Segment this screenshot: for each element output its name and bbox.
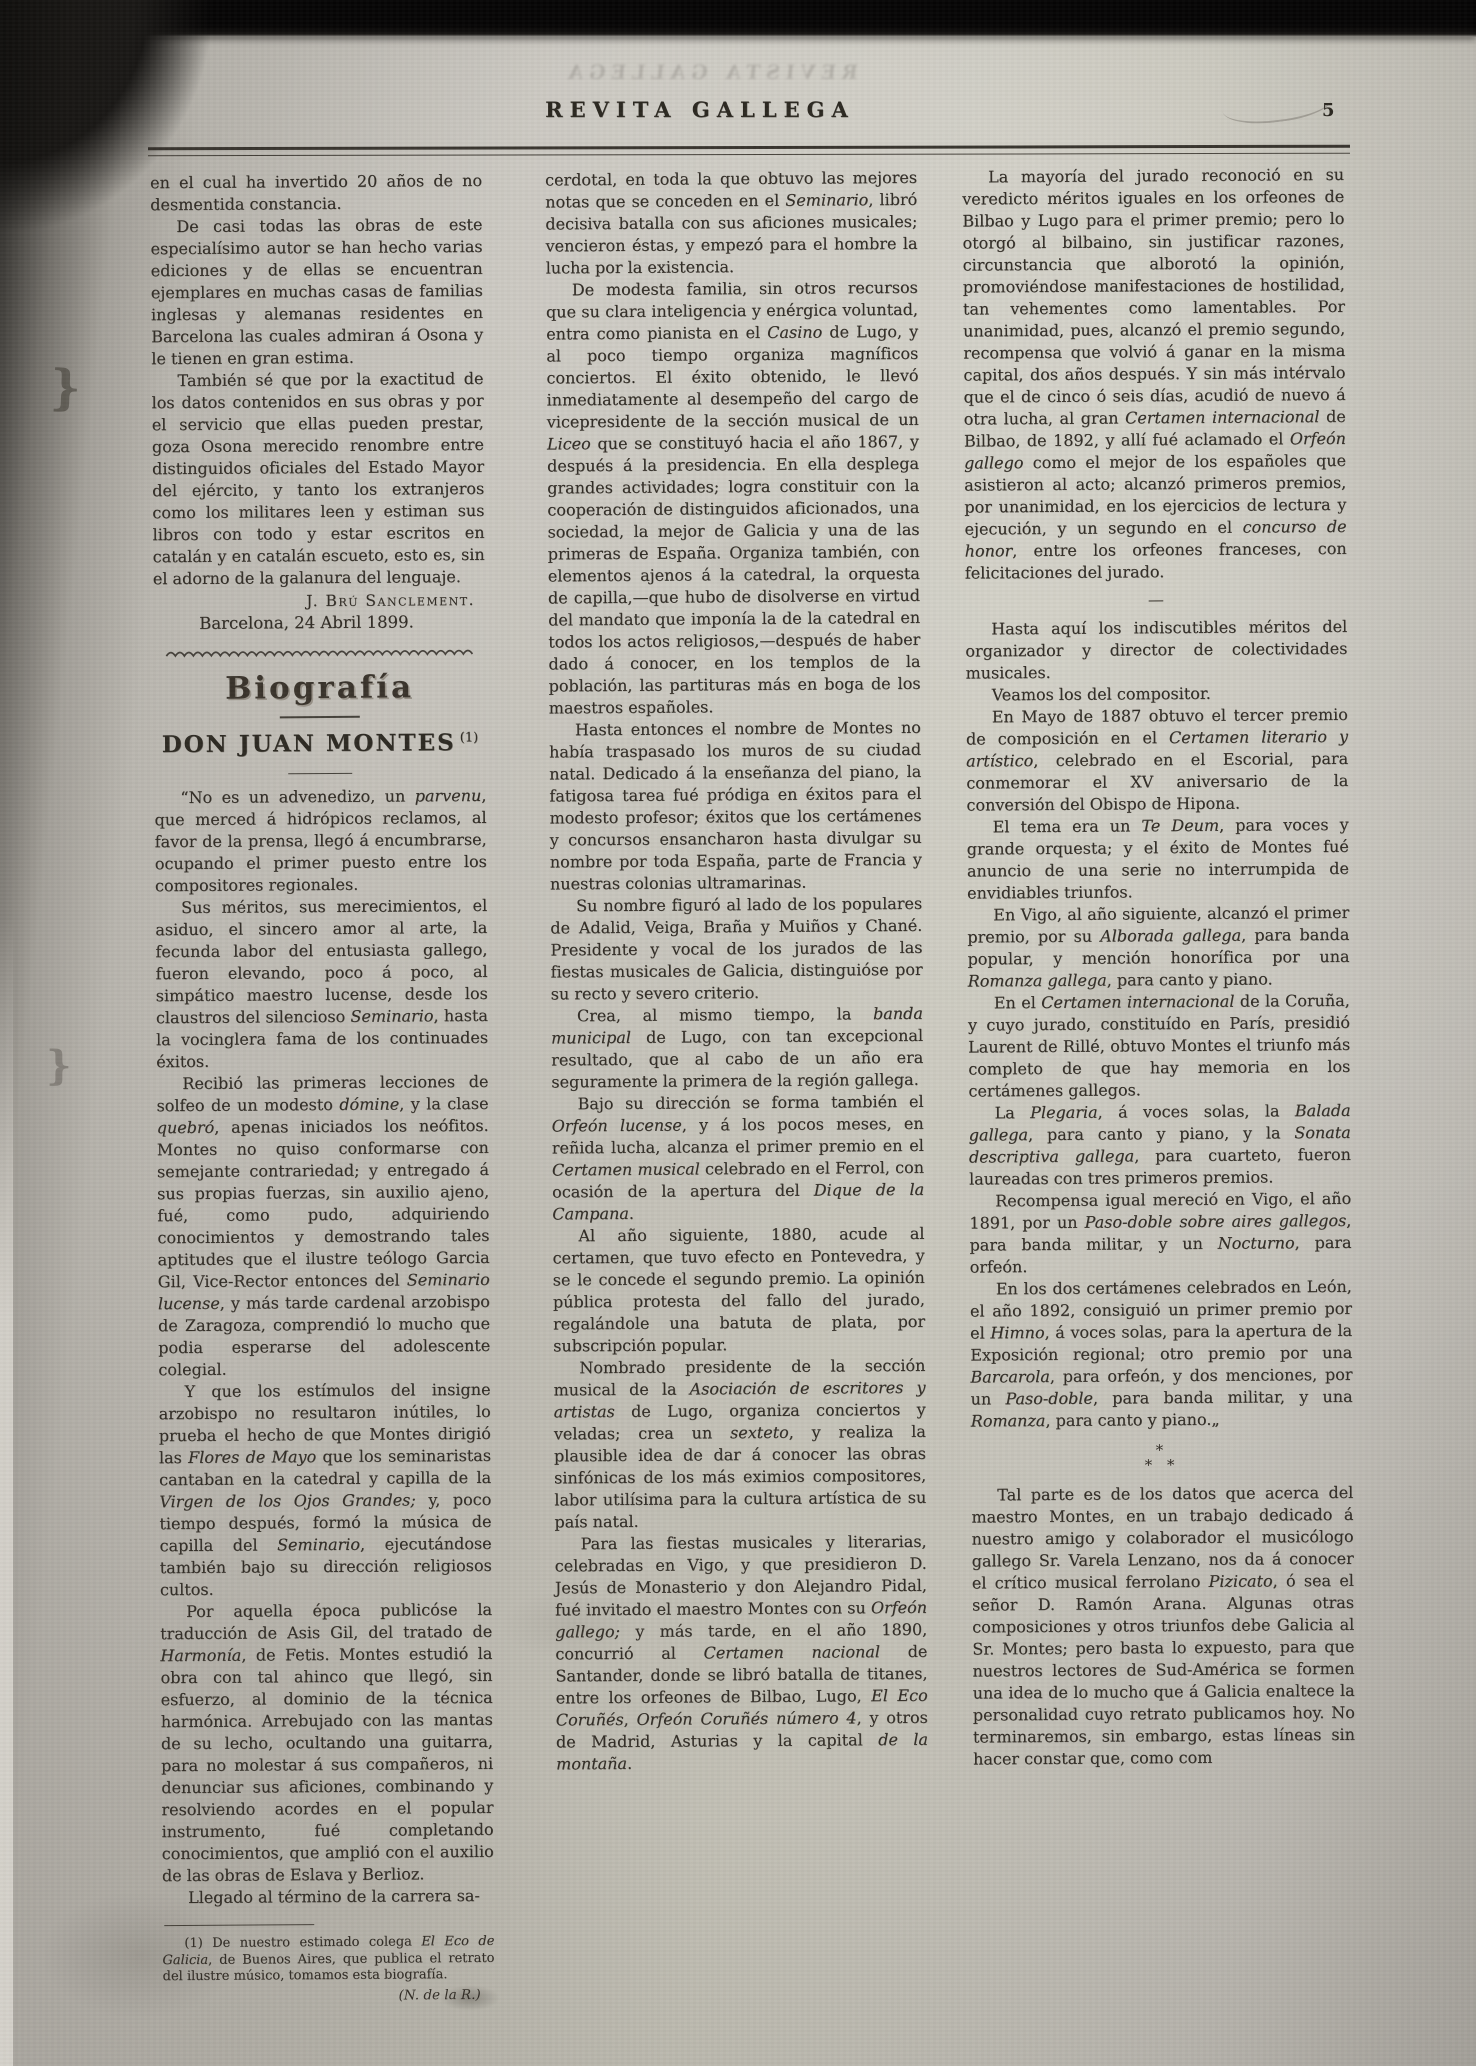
italic-text: Barcarola bbox=[970, 1367, 1050, 1387]
body-text: , de Fetis. Montes estudió la obra con t… bbox=[160, 1644, 493, 1885]
paragraph: Hasta entonces el nombre de Montes no ha… bbox=[549, 717, 922, 896]
paragraph: Recompensa igual mereció en Vigo, el año… bbox=[969, 1188, 1352, 1279]
italic-text: Plegaria bbox=[1030, 1103, 1098, 1122]
paragraph: Bajo su dirección se forma también el Or… bbox=[551, 1091, 924, 1226]
body-text: , para canto y piano, y la bbox=[1028, 1123, 1294, 1144]
italic-text: parvenu bbox=[415, 786, 482, 805]
body-text: , bbox=[624, 1710, 637, 1729]
page-edge-highlight bbox=[0, 916, 13, 2066]
body-text: que se constituyó hacia el año 1867, y d… bbox=[547, 432, 921, 718]
body-text: . bbox=[629, 1204, 634, 1223]
asterism-divider: ** * bbox=[971, 1442, 1353, 1475]
footnote-marker: (1) bbox=[456, 730, 479, 745]
body-text: , para canto y piano.„ bbox=[1045, 1410, 1219, 1430]
article-title: DON JUAN MONTES (1) bbox=[154, 729, 486, 758]
paragraph: Veamos los del compositor. bbox=[966, 682, 1348, 707]
paragraph: De modesta familia, sin otros recursos q… bbox=[546, 277, 921, 720]
body-text: Hasta aquí los indiscutibles méritos del… bbox=[965, 617, 1347, 683]
text-columns: en el cual ha invertido 20 años de no de… bbox=[150, 164, 1360, 172]
section-title: Biografía bbox=[153, 669, 485, 707]
body-text: Llegado al término de la carrera sa- bbox=[188, 1886, 480, 1907]
italic-text: Seminario bbox=[277, 1535, 360, 1555]
italic-text: Himno bbox=[990, 1323, 1044, 1342]
body-text: Por aquella época publicóse la traducció… bbox=[160, 1600, 492, 1643]
italic-text: Certamen nacional bbox=[703, 1642, 880, 1662]
column-1: en el cual ha invertido 20 años de no de… bbox=[150, 170, 495, 2005]
masthead-ghost: REVISTA GALLEGA bbox=[429, 62, 991, 84]
ink-mark-brace: } bbox=[49, 359, 82, 416]
paragraph: Recibió las primeras lecciones de solfeo… bbox=[156, 1071, 490, 1381]
signature: J. Brú Sanclement. bbox=[153, 591, 475, 611]
body-text: En el bbox=[994, 993, 1042, 1012]
body-text: Bajo su dirección se forma también el bbox=[577, 1092, 923, 1113]
section-heading: Biografía bbox=[153, 669, 485, 719]
paragraph: De casi todas las obras de este especial… bbox=[150, 214, 483, 370]
body-text: en el cual ha invertido 20 años de no de… bbox=[150, 171, 482, 214]
body-text: , de Buenos Aires, que publica el retrat… bbox=[163, 1950, 495, 1984]
title-rule bbox=[288, 773, 352, 774]
ink-scribble bbox=[1220, 79, 1334, 128]
italic-text: Orfeón Coruñés número 4 bbox=[636, 1708, 856, 1729]
article-title-text: DON JUAN MONTES bbox=[162, 729, 456, 758]
paragraph: En los dos certámenes celebrados en León… bbox=[970, 1276, 1353, 1433]
paragraph: El tema era un Te Deum, para voces y gra… bbox=[967, 814, 1350, 905]
wavy-divider bbox=[165, 643, 473, 655]
paragraph: Y que los estímulos del insigne arzobisp… bbox=[158, 1379, 492, 1601]
italic-text: Romanza bbox=[971, 1411, 1046, 1431]
italic-text: Romanza gallega bbox=[968, 971, 1107, 991]
italic-text: Liceo bbox=[547, 434, 591, 453]
body-text: Crea, al mismo tiempo, la bbox=[577, 1004, 873, 1025]
italic-text: Alborada gallega bbox=[1100, 926, 1241, 946]
body-text: También sé que por la exactitud de los d… bbox=[152, 369, 485, 588]
italic-text: quebró bbox=[157, 1118, 215, 1137]
body-text: , ó sea el señor D. Ramón Arana. Algunas… bbox=[972, 1571, 1355, 1769]
footnote-attribution: (N. de la R.) bbox=[163, 1986, 481, 2004]
italic-text: dómine bbox=[339, 1095, 399, 1114]
paragraph: En Mayo de 1887 obtuvo el tercer premio … bbox=[966, 704, 1349, 817]
italic-text: Paso-doble sobre aires gallegos bbox=[1085, 1211, 1347, 1232]
body-text: Su nombre figuró al lado de los populare… bbox=[550, 894, 922, 1004]
body-text: De casi todas las obras de este especial… bbox=[150, 215, 483, 368]
header-rule bbox=[148, 145, 1350, 157]
masthead-title: REVITA GALLEGA bbox=[420, 97, 980, 122]
italic-text: Paso-doble bbox=[1005, 1389, 1093, 1409]
italic-text: Pizicato bbox=[1209, 1571, 1273, 1590]
italic-text: sexteto bbox=[730, 1423, 789, 1442]
body-text: (1) De nuestro estimado colega bbox=[184, 1934, 421, 1951]
italic-text: Nocturno bbox=[1218, 1233, 1295, 1253]
paragraph: Nombrado presidente de la sección musica… bbox=[553, 1355, 926, 1534]
paragraph: Por aquella época publicóse la traducció… bbox=[160, 1599, 494, 1887]
asterisk: * * bbox=[971, 1457, 1353, 1475]
column-3: La mayoría del jurado reconoció en su ve… bbox=[962, 164, 1355, 1771]
paragraph: En Vigo, al año siguiente, alcanzó el pr… bbox=[967, 902, 1350, 993]
paragraph: Para las fiestas musicales y literarias,… bbox=[555, 1531, 929, 1776]
italic-text: Seminario bbox=[785, 190, 868, 210]
italic-text: Te Deum bbox=[1141, 816, 1219, 836]
scanned-page: REVISTA GALLEGA REVITA GALLEGA 5 en el c… bbox=[0, 0, 1476, 2066]
body-text: La bbox=[995, 1103, 1031, 1122]
body-text: , para banda militar, y una bbox=[1093, 1387, 1353, 1408]
body-text: , entre los orfeones franceses, con feli… bbox=[965, 539, 1347, 583]
paragraph: cerdotal, en toda la que obtuvo las mejo… bbox=[545, 167, 918, 280]
wave-line bbox=[165, 648, 473, 660]
scan-top-border bbox=[0, 0, 1476, 37]
body-text: “No es un advenedizo, un bbox=[180, 786, 414, 807]
paragraph: en el cual ha invertido 20 años de no de… bbox=[150, 170, 482, 216]
italic-text: Flores de Mayo bbox=[188, 1447, 316, 1467]
body-text: , y la clase bbox=[399, 1094, 488, 1114]
footnote: (1) De nuestro estimado colega El Eco de… bbox=[162, 1934, 494, 1986]
paragraph: En el Certamen internacional de la Coruñ… bbox=[968, 990, 1351, 1103]
italic-text: Certamen internacional bbox=[1125, 407, 1319, 427]
paragraph: Tal parte es de los datos que acerca del… bbox=[971, 1482, 1355, 1771]
article-heading: DON JUAN MONTES (1) bbox=[154, 729, 486, 775]
paragraph: Sus méritos, sus merecimientos, el asidu… bbox=[155, 895, 488, 1073]
dateline: Barcelona, 24 Abril 1899. bbox=[199, 612, 485, 633]
body-text: Veamos los del compositor. bbox=[992, 684, 1211, 705]
body-text: , para canto y piano. bbox=[1107, 969, 1273, 989]
italic-text: Harmonía bbox=[160, 1646, 241, 1666]
body-text: , apenas iniciados los neófitos. Montes … bbox=[157, 1116, 490, 1291]
paragraph: La Plegaria, á voces solas, la Balada ga… bbox=[969, 1100, 1352, 1191]
italic-text: Seminario bbox=[350, 1006, 433, 1026]
paragraph: Crea, al mismo tiempo, la banda municipa… bbox=[551, 1003, 924, 1094]
dash-divider: — bbox=[965, 582, 1347, 619]
body-text: Al año siguiente, 1880, acude al certame… bbox=[553, 1224, 926, 1356]
italic-text: Casino bbox=[767, 323, 822, 342]
ink-mark-brace: } bbox=[46, 1042, 72, 1089]
body-text: . bbox=[627, 1754, 632, 1773]
paragraph: La mayoría del jurado reconoció en su ve… bbox=[962, 164, 1347, 585]
italic-text: Certamen internacional bbox=[1041, 992, 1234, 1012]
italic-text: Certamen musical bbox=[552, 1159, 700, 1179]
body-text: , á voces solas, la bbox=[1098, 1101, 1295, 1121]
body-text: La mayoría del jurado reconoció en su ve… bbox=[962, 165, 1346, 429]
italic-text: Virgen de los Ojos Grandes; bbox=[159, 1490, 416, 1511]
body-text: Hasta entonces el nombre de Montes no ha… bbox=[549, 718, 922, 894]
paragraph: Llegado al término de la carrera sa- bbox=[162, 1885, 494, 1909]
paragraph: Hasta aquí los indiscutibles méritos del… bbox=[965, 616, 1347, 685]
title-rule bbox=[280, 716, 360, 719]
column-2: cerdotal, en toda la que obtuvo las mejo… bbox=[545, 167, 928, 1776]
paragraph: También sé que por la exactitud de los d… bbox=[151, 368, 485, 590]
paragraph: Al año siguiente, 1880, acude al certame… bbox=[552, 1223, 925, 1358]
footnote-rule bbox=[164, 1924, 314, 1926]
paragraph: “No es un advenedizo, un parvenu, que me… bbox=[154, 785, 487, 897]
italic-text: Orfeón lucense bbox=[552, 1116, 682, 1136]
paragraph: Su nombre figuró al lado de los populare… bbox=[550, 893, 923, 1006]
body-text: El tema era un bbox=[993, 816, 1142, 836]
